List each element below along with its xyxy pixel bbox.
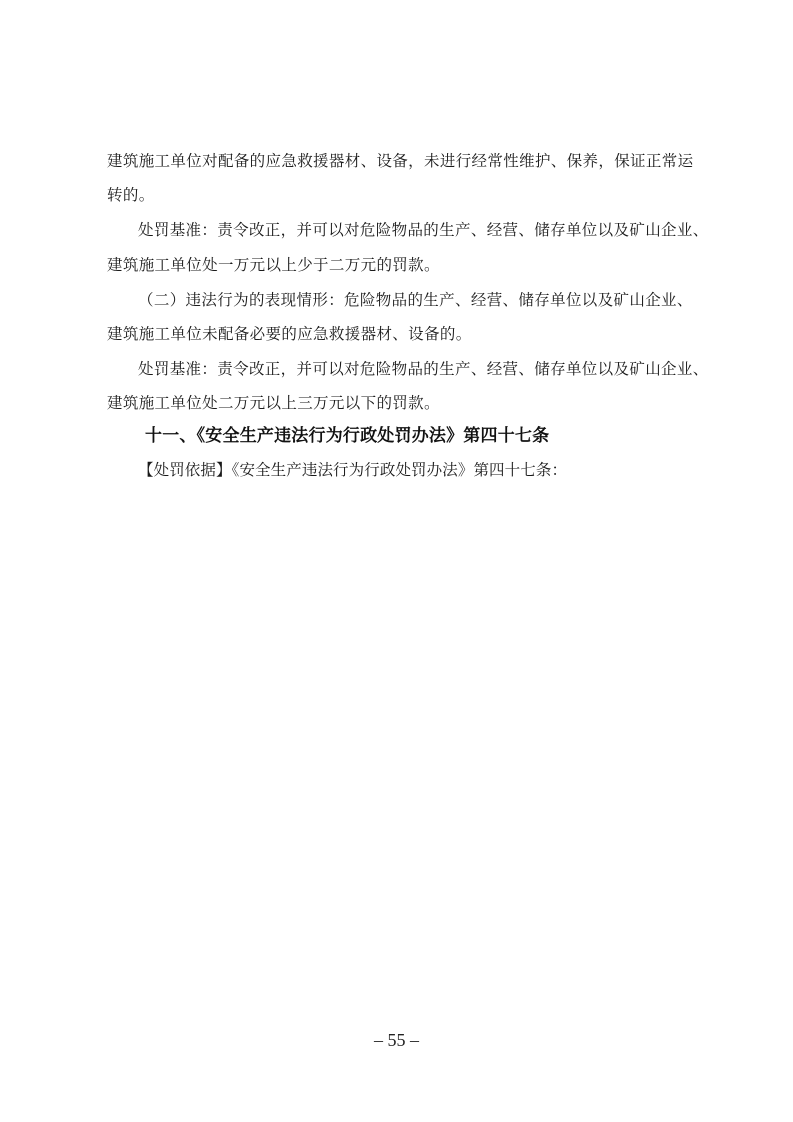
- section-heading: 十一、《安全生产违法行为行政处罚办法》第四十七条: [145, 425, 549, 447]
- violation-case-2-line: （二）违法行为的表现情形：危险物品的生产、经营、储存单位以及矿山企业、: [138, 290, 693, 310]
- page-number: – 55 –: [0, 1030, 793, 1051]
- penalty-standard-2-line: 处罚基准：责令改正，并可以对危险物品的生产、经营、储存单位以及矿山企业、: [138, 359, 709, 379]
- penalty-standard-1-line: 建筑施工单位处一万元以上少于二万元的罚款。: [107, 255, 440, 275]
- paragraph-line: 建筑施工单位对配备的应急救援器材、设备，未进行经常性维护、保养，保证正常运: [107, 151, 693, 171]
- document-page: 建筑施工单位对配备的应急救援器材、设备，未进行经常性维护、保养，保证正常运 转的…: [0, 0, 793, 1122]
- penalty-basis: 【处罚依据】《安全生产违法行为行政处罚办法》第四十七条：: [138, 460, 567, 480]
- violation-case-2-line: 建筑施工单位未配备必要的应急救援器材、设备的。: [107, 324, 472, 344]
- penalty-standard-2-line: 建筑施工单位处二万元以上三万元以下的罚款。: [107, 393, 440, 413]
- penalty-standard-1-line: 处罚基准：责令改正，并可以对危险物品的生产、经营、储存单位以及矿山企业、: [138, 220, 709, 240]
- paragraph-line: 转的。: [107, 185, 155, 205]
